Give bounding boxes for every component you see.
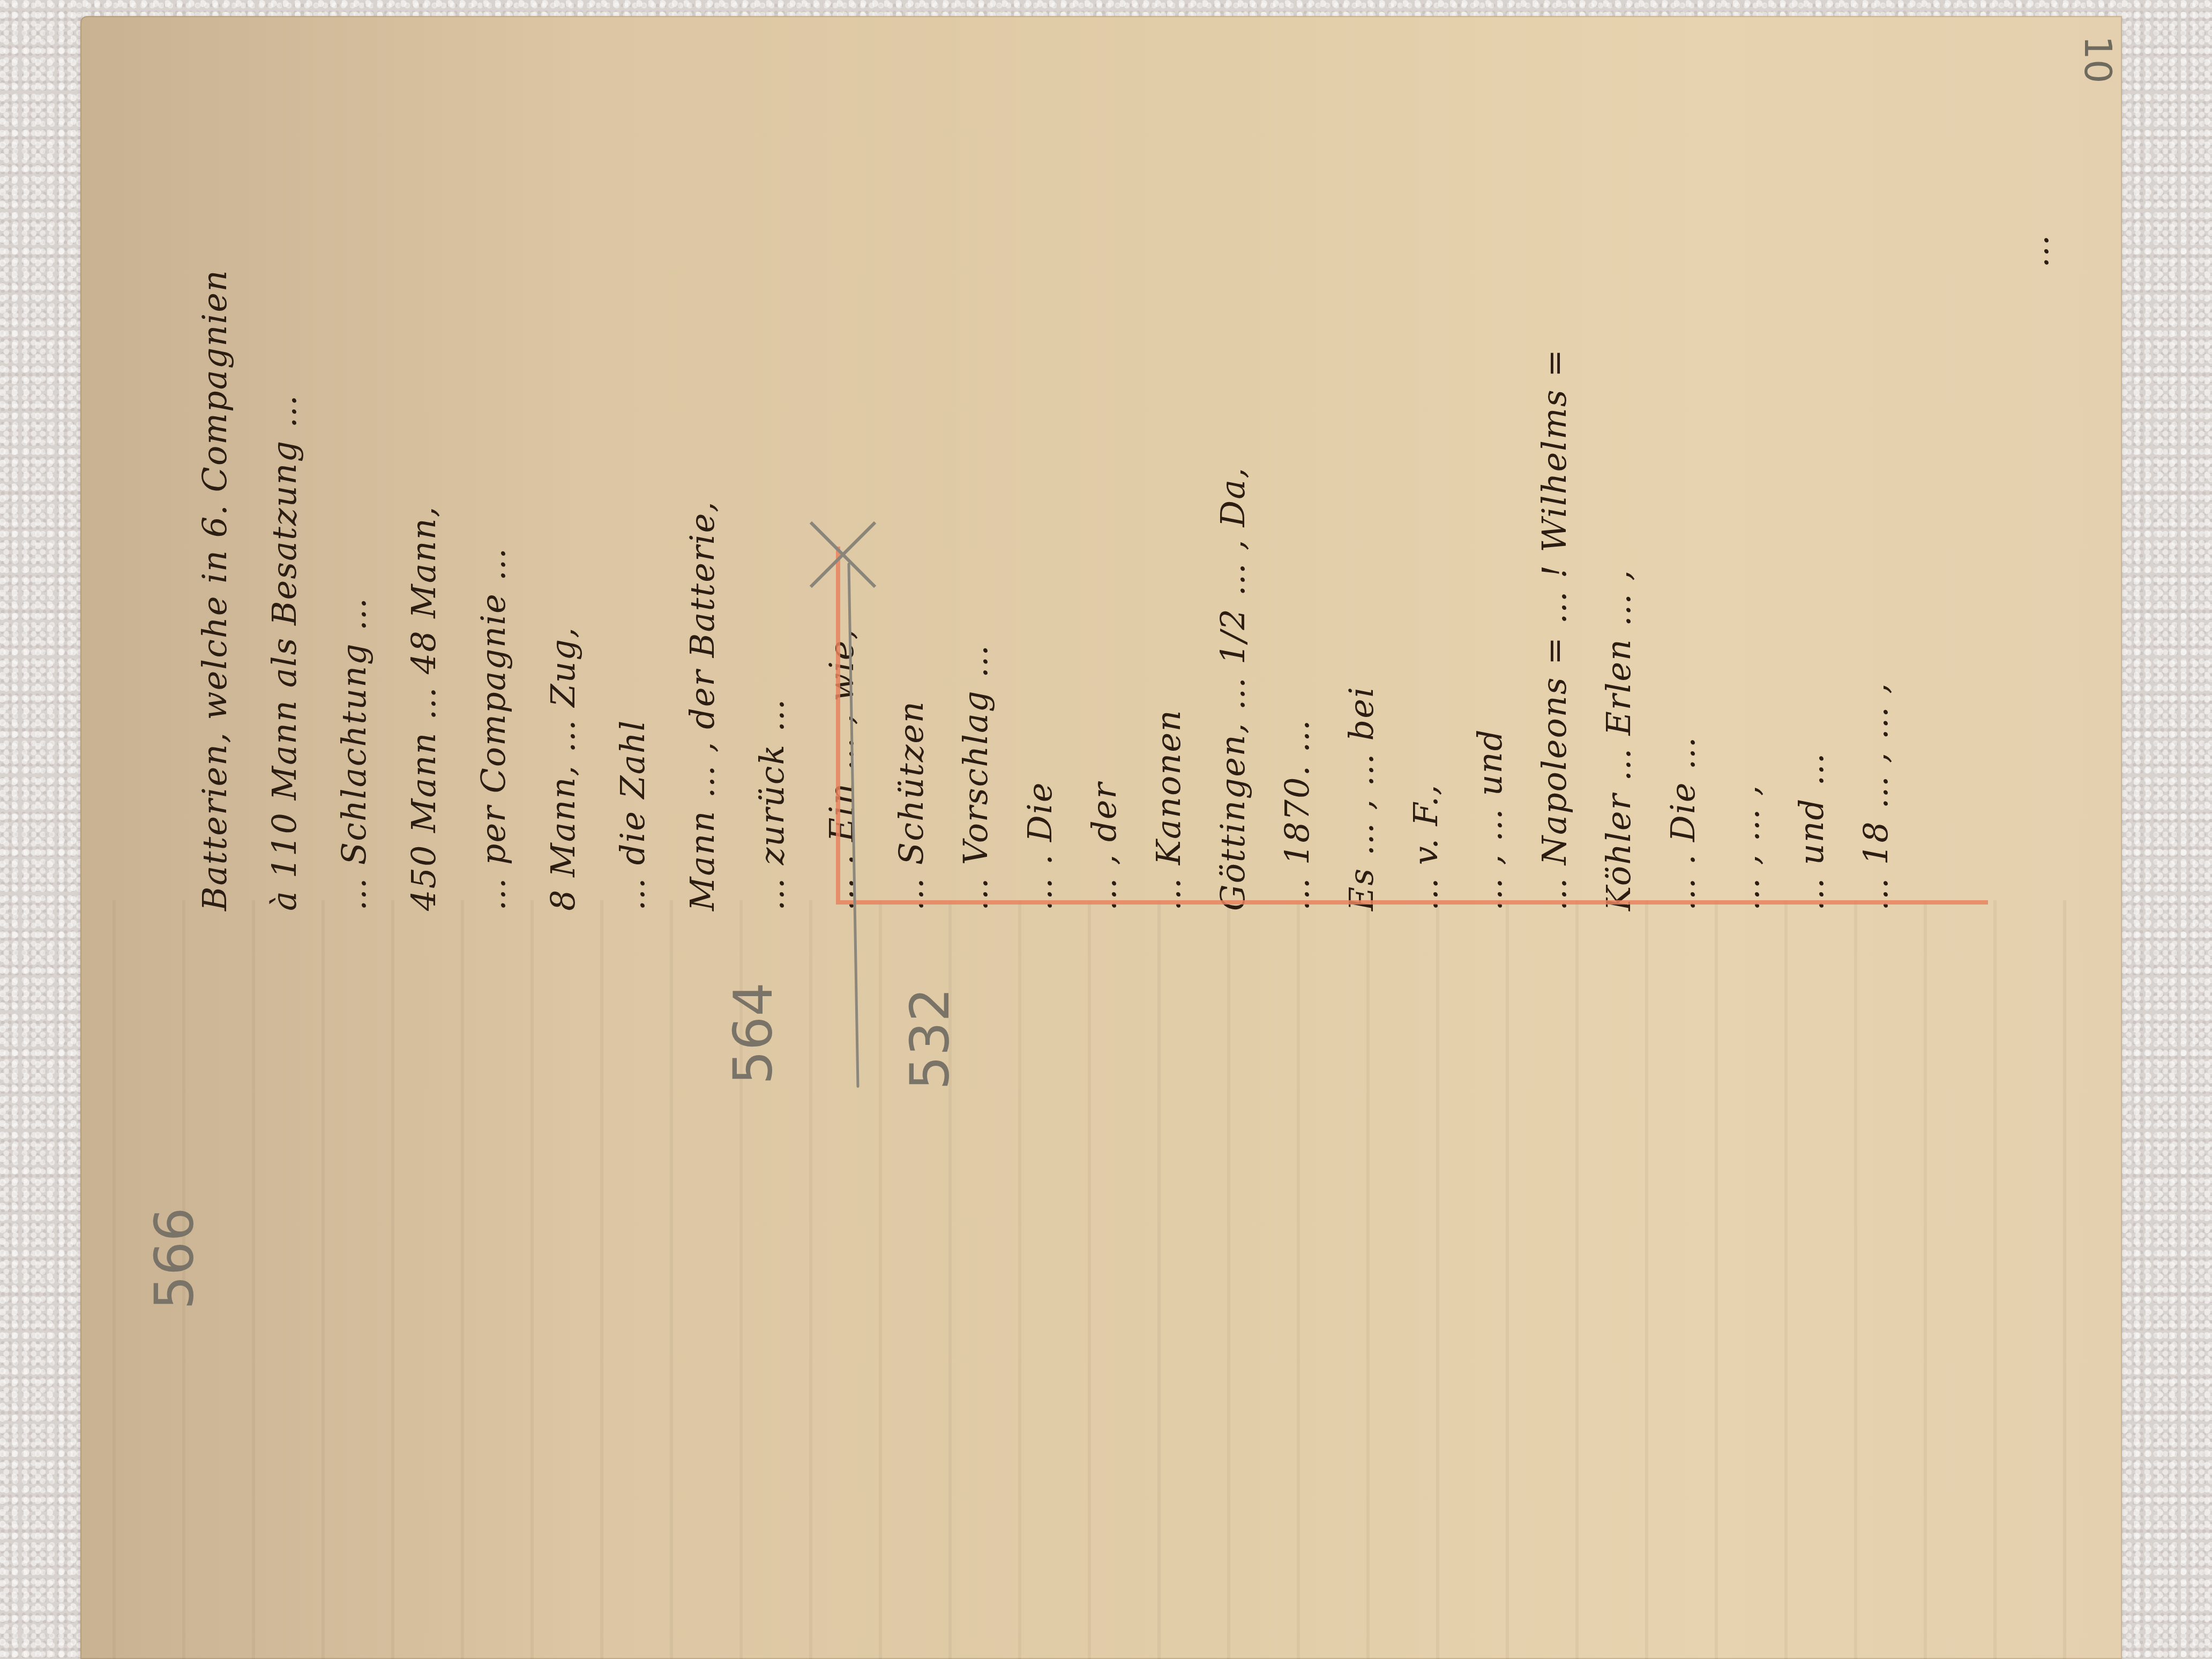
red-crayon-bracket-vertical	[836, 547, 840, 900]
manuscript-line: … . Die …	[1650, 0, 1715, 911]
manuscript-line: … 18 … , … ,	[1843, 0, 1908, 911]
manuscript-line: … , … und	[1458, 0, 1522, 911]
pencil-number-532: 532	[899, 988, 961, 1090]
manuscript-line: … die Zahl	[600, 0, 664, 911]
manuscript-line: Göttingen, … 1/2 … , Da,	[1200, 0, 1265, 911]
red-crayon-bracket-horizontal	[836, 900, 1988, 905]
manuscript-line: 450 Mann … 48 Mann,	[391, 0, 455, 911]
manuscript-line: … Schützen	[879, 0, 943, 911]
pencil-number-564: 564	[722, 982, 784, 1085]
manuscript-line: … zurück …	[739, 0, 804, 911]
manuscript-line: … 1870. …	[1265, 0, 1329, 911]
manuscript-line: à 110 Mann als Besatzung …	[252, 0, 316, 911]
manuscript-line: Köhler … Erlen … ,	[1586, 0, 1650, 911]
manuscript-line: Mann … , der Batterie,	[670, 0, 734, 911]
manuscript-line: Batterien, welche in 6. Compagnien	[182, 0, 246, 911]
manuscript-line: … . Ein … , wie,	[809, 0, 873, 911]
manuscript-line: … . Die	[1007, 0, 1072, 911]
manuscript-line: … Schlachtung …	[322, 0, 386, 911]
manuscript-line: … Kanonen	[1136, 0, 1200, 911]
manuscript-line: Es … , … bei	[1329, 0, 1393, 911]
page-number: 10	[2076, 35, 2120, 83]
manuscript-line: … Napoleons = … ! Wilhelms =	[1522, 0, 1586, 911]
ink-bleed-through	[80, 900, 2122, 1659]
manuscript-line: …	[2004, 0, 2068, 268]
manuscript-line: … , der	[1072, 0, 1136, 911]
manuscript-line: … und …	[1779, 0, 1843, 911]
manuscript-line: … per Compagnie …	[461, 0, 525, 911]
manuscript-line: … Vorschlag …	[943, 0, 1007, 911]
manuscript-line: … , … ,	[1715, 0, 1779, 911]
pencil-x-mark	[804, 514, 884, 595]
manuscript-line: 8 Mann, … Zug,	[530, 0, 595, 911]
pencil-margin-number: 566	[143, 1207, 206, 1310]
manuscript-line: … v. F.,	[1393, 0, 1458, 911]
